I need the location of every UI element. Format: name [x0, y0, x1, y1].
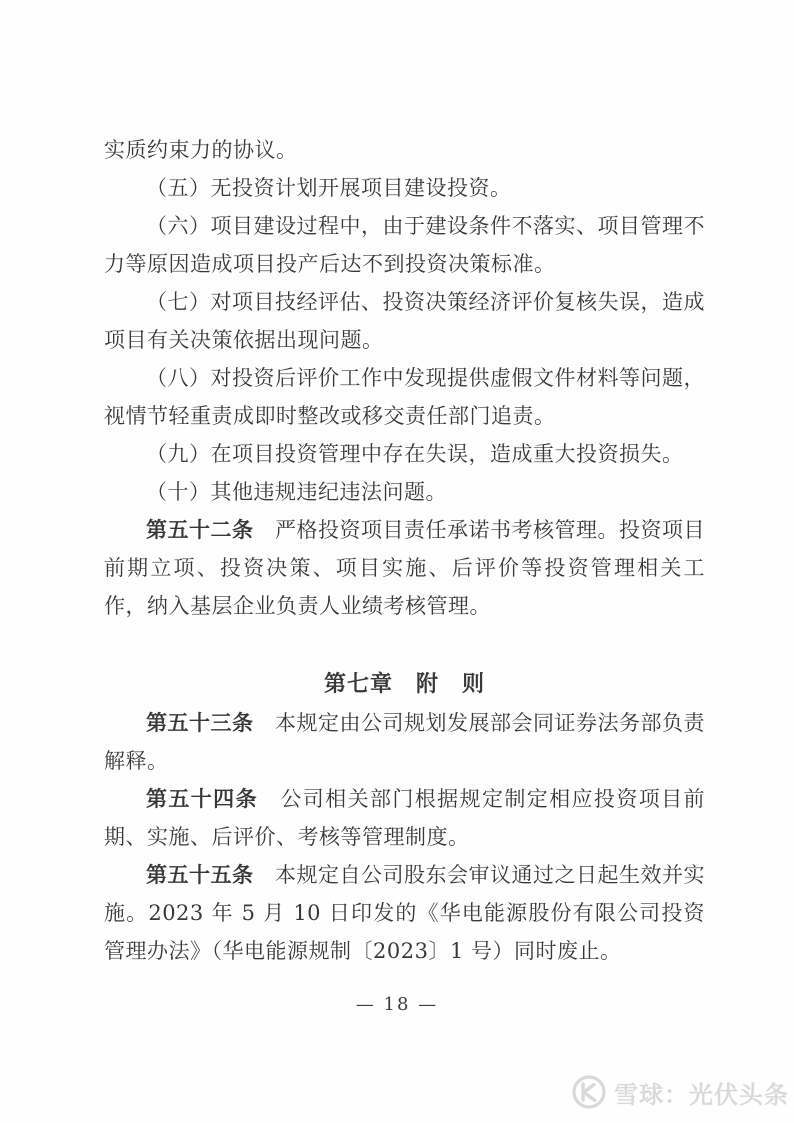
paragraph: 第五十五条本规定自公司股东会审议通过之日起生效并实施。2023 年 5 月 10… — [104, 856, 705, 970]
paragraph-text: （五）无投资计划开展项目建设投资。 — [146, 176, 512, 200]
paragraph-text: （九）在项目投资管理中存在失误，造成重大投资损失。 — [146, 442, 684, 466]
watermark-text: 雪球：光伏头条 — [614, 1075, 789, 1110]
paragraph: 实质约束力的协议。 — [104, 131, 705, 169]
paragraph: 第五十四条公司相关部门根据规定制定相应投资项目前期、实施、后评价、考核等管理制度… — [104, 780, 705, 856]
paragraph: 第五十三条本规定由公司规划发展部会同证券法务部负责解释。 — [104, 704, 705, 780]
paragraph-text: 实质约束力的协议。 — [104, 138, 298, 162]
paragraph-text: （十）其他违规违纪违法问题。 — [146, 480, 447, 504]
document-page: 实质约束力的协议。 （五）无投资计划开展项目建设投资。 （六）项目建设过程中，由… — [0, 0, 794, 1123]
article-number: 第五十四条 — [146, 787, 280, 811]
paragraph: （五）无投资计划开展项目建设投资。 — [104, 169, 705, 207]
paragraph-text: （六）项目建设过程中，由于建设条件不落实、项目管理不力等原因造成项目投产后达不到… — [104, 214, 705, 276]
document-body: 实质约束力的协议。 （五）无投资计划开展项目建设投资。 （六）项目建设过程中，由… — [104, 131, 705, 970]
xueqiu-logo-icon — [571, 1074, 607, 1110]
paragraph: （十）其他违规违纪违法问题。 — [104, 473, 705, 511]
paragraph-text: （八）对投资后评价工作中发现提供虚假文件材料等问题，视情节轻重责成即时整改或移交… — [104, 366, 705, 428]
paragraph: （八）对投资后评价工作中发现提供虚假文件材料等问题，视情节轻重责成即时整改或移交… — [104, 359, 705, 435]
chapter-heading: 第七章 附 则 — [104, 666, 705, 704]
paragraph: （六）项目建设过程中，由于建设条件不落实、项目管理不力等原因造成项目投产后达不到… — [104, 207, 705, 283]
article-number: 第五十五条 — [146, 863, 275, 887]
paragraph-text: （七）对项目技经评估、投资决策经济评价复核失误，造成项目有关决策依据出现问题。 — [104, 290, 705, 352]
paragraph: 第五十二条严格投资项目责任承诺书考核管理。投资项目前期立项、投资决策、项目实施、… — [104, 511, 705, 625]
watermark: 雪球：光伏头条 — [571, 1074, 789, 1110]
paragraph: （九）在项目投资管理中存在失误，造成重大投资损失。 — [104, 435, 705, 473]
page-number: — 18 — — [0, 994, 794, 1015]
article-number: 第五十二条 — [146, 518, 275, 542]
paragraph: （七）对项目技经评估、投资决策经济评价复核失误，造成项目有关决策依据出现问题。 — [104, 283, 705, 359]
article-number: 第五十三条 — [146, 711, 275, 735]
